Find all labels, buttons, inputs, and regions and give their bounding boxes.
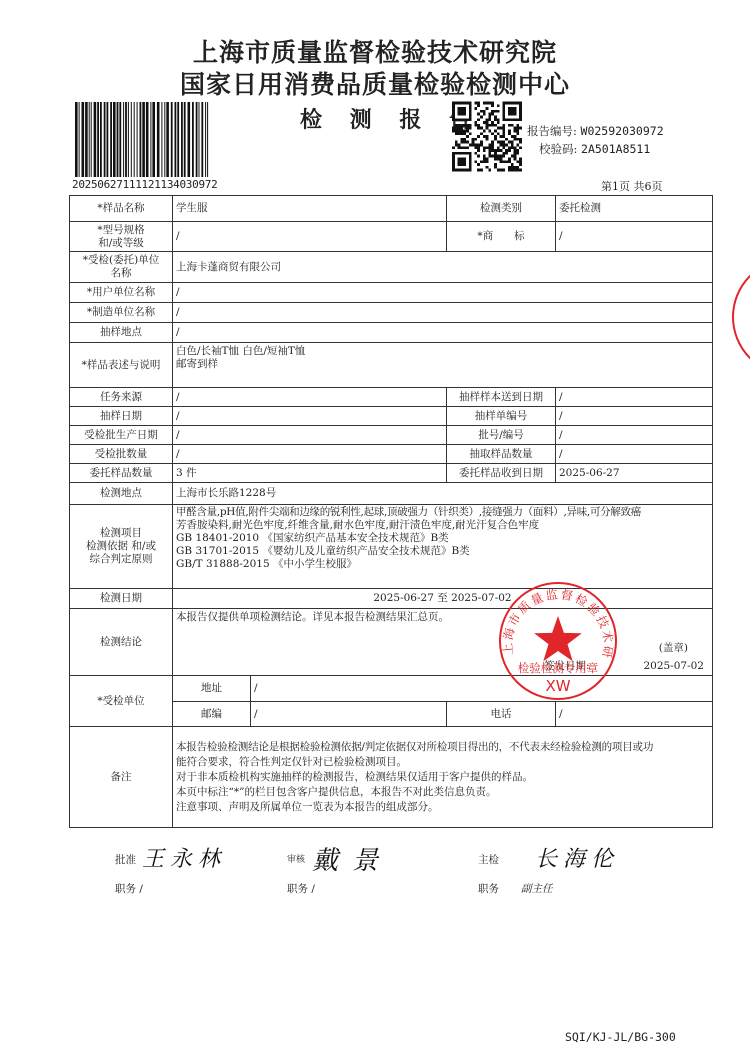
standard-0: GB 18401-2010 《国家纺织产品基本安全技术规范》B类	[176, 532, 709, 545]
standard-2: GB/T 31888-2015 《中小学生校服》	[176, 558, 709, 571]
task-source-label: 任务来源	[70, 388, 173, 407]
sample-name-label: *样品名称	[70, 196, 173, 222]
sampling-form-no-value: /	[556, 407, 713, 426]
barcode-image	[73, 102, 213, 177]
client-unit-label: *受检(委托)单位名称	[70, 252, 173, 283]
test-items-value: 甲醛含量,pH值,附件尖端和边缘的锐利性,起球,顶破强力（针织类）,接缝强力（面…	[173, 505, 713, 589]
phone-value: /	[556, 702, 713, 727]
reviewer-label: 审核	[287, 852, 305, 865]
client-unit-value: 上海卡蓬商贸有限公司	[173, 252, 713, 283]
row-test-location: 检测地点 上海市长乐路1228号	[70, 483, 713, 505]
test-category-label: 检测类别	[447, 196, 556, 222]
inspector-label: 主检	[478, 852, 499, 867]
conclusion-text: 本报告仅提供单项检测结论。详见本报告检测结果汇总页。	[176, 611, 709, 624]
row-test-date: 检测日期 2025-06-27 至 2025-07-02	[70, 589, 713, 609]
reviewer-signature: 戴景	[312, 840, 392, 877]
user-unit-value: /	[173, 283, 713, 303]
test-location-value: 上海市长乐路1228号	[173, 483, 713, 505]
remarks-label: 备注	[70, 727, 173, 828]
batch-quantity-label: 受检批数量	[70, 445, 173, 464]
address-value: /	[251, 676, 713, 702]
production-date-label: 受检批生产日期	[70, 426, 173, 445]
row-client-unit: *受检(委托)单位名称 上海卡蓬商贸有限公司	[70, 252, 713, 283]
standard-1: GB 31701-2015 《婴幼儿及儿童纺织产品安全技术规范》B类	[176, 545, 709, 558]
test-items-label: 检测项目 检测依据 和/或 综合判定原则	[70, 505, 173, 589]
inspected-unit-label: *受检单位	[70, 676, 173, 727]
page-indicator: 第1页 共6页	[601, 178, 663, 194]
sample-quantity-label: 抽取样品数量	[447, 445, 556, 464]
issue-date: 签发日期:2025-07-02	[544, 660, 704, 673]
sample-desc-value: 白色/长袖T恤 白色/短袖T恤邮寄到样	[173, 343, 713, 388]
model-spec-label: *型号规格和/或等级	[70, 222, 173, 252]
report-number: 报告编号: W02592030972	[527, 124, 664, 139]
postcode-label: 邮编	[173, 702, 251, 727]
model-spec-value: /	[173, 222, 447, 252]
sample-delivery-date-label: 抽样样本送到日期	[447, 388, 556, 407]
task-source-value: /	[173, 388, 447, 407]
test-category-value: 委托检测	[556, 196, 713, 222]
conclusion-label: 检测结论	[70, 609, 173, 676]
check-code-label: 校验码:	[539, 142, 577, 156]
page-edge-seal-stamp	[730, 256, 750, 378]
batch-no-value: /	[556, 426, 713, 445]
trademark-label: *商 标	[447, 222, 556, 252]
inspector-title-label: 职务副主任	[478, 881, 553, 896]
entrusted-quantity-value: 3 件	[173, 464, 447, 483]
report-number-value: W02592030972	[581, 124, 664, 138]
manufacturer-label: *制造单位名称	[70, 303, 173, 323]
postcode-value: /	[251, 702, 447, 727]
approver-title-label: 职务 /	[115, 881, 143, 896]
entrusted-quantity-label: 委托样品数量	[70, 464, 173, 483]
row-pair-0: 任务来源 / 抽样样本送到日期 /	[70, 388, 713, 407]
phone-label: 电话	[447, 702, 556, 727]
received-date-value: 2025-06-27	[556, 464, 713, 483]
barcode-number: 20250627111121134030972	[72, 178, 217, 191]
check-code: 校验码: 2A501A8511	[539, 142, 650, 157]
inspector-signature: 长海伦	[535, 842, 619, 873]
row-model-spec: *型号规格和/或等级 / *商 标 /	[70, 222, 713, 252]
batch-no-label: 批号/编号	[447, 426, 556, 445]
row-conclusion: 检测结论 本报告仅提供单项检测结论。详见本报告检测结果汇总页。 (盖章) 签发日…	[70, 609, 713, 676]
manufacturer-value: /	[173, 303, 713, 323]
report-number-label: 报告编号:	[527, 124, 577, 138]
sample-desc-label: *样品表述与说明	[70, 343, 173, 388]
row-pair-3: 受检批数量 / 抽取样品数量 /	[70, 445, 713, 464]
row-pair-2: 受检批生产日期 / 批号/编号 /	[70, 426, 713, 445]
row-manufacturer: *制造单位名称 /	[70, 303, 713, 323]
sample-delivery-date-value: /	[556, 388, 713, 407]
seal-note: (盖章)	[659, 642, 688, 655]
approver-signature: 王永林	[142, 842, 226, 873]
reviewer-title-label: 职务 /	[287, 881, 315, 896]
address-label: 地址	[173, 676, 251, 702]
row-pair-4: 委托样品数量 3 件 委托样品收到日期 2025-06-27	[70, 464, 713, 483]
report-table: *样品名称 学生服 检测类别 委托检测 *型号规格和/或等级 / *商 标 / …	[69, 195, 713, 828]
qr-code-image	[452, 101, 522, 172]
test-location-label: 检测地点	[70, 483, 173, 505]
conclusion-value: 本报告仅提供单项检测结论。详见本报告检测结果汇总页。 (盖章) 签发日期:202…	[173, 609, 713, 676]
center-name: 国家日用消费品质量检验检测中心	[0, 70, 750, 100]
row-test-items: 检测项目 检测依据 和/或 综合判定原则 甲醛含量,pH值,附件尖端和边缘的锐利…	[70, 505, 713, 589]
row-sampling-site: 抽样地点 /	[70, 323, 713, 343]
sample-name-value: 学生服	[173, 196, 447, 222]
check-code-value: 2A501A8511	[581, 142, 650, 156]
row-sample-name: *样品名称 学生服 检测类别 委托检测	[70, 196, 713, 222]
sampling-site-value: /	[173, 323, 713, 343]
row-user-unit: *用户单位名称 /	[70, 283, 713, 303]
sampling-date-value: /	[173, 407, 447, 426]
test-date-value: 2025-06-27 至 2025-07-02	[173, 589, 713, 609]
test-date-label: 检测日期	[70, 589, 173, 609]
row-inspected-address: *受检单位 地址 /	[70, 676, 713, 702]
trademark-value: /	[556, 222, 713, 252]
batch-quantity-value: /	[173, 445, 447, 464]
sampling-form-no-label: 抽样单编号	[447, 407, 556, 426]
institute-name: 上海市质量监督检验技术研究院	[0, 38, 750, 68]
received-date-label: 委托样品收到日期	[447, 464, 556, 483]
row-sample-desc: *样品表述与说明 白色/长袖T恤 白色/短袖T恤邮寄到样	[70, 343, 713, 388]
approver-label: 批准	[115, 852, 136, 867]
row-pair-1: 抽样日期 / 抽样单编号 /	[70, 407, 713, 426]
user-unit-label: *用户单位名称	[70, 283, 173, 303]
row-remarks: 备注 本报告检验检测结论是根据检验检测依据/判定依据仅对所检项目得出的，不代表未…	[70, 727, 713, 828]
production-date-value: /	[173, 426, 447, 445]
sampling-site-label: 抽样地点	[70, 323, 173, 343]
form-code: SQI/KJ-JL/BG-300	[565, 1030, 676, 1044]
sampling-date-label: 抽样日期	[70, 407, 173, 426]
remarks-value: 本报告检验检测结论是根据检验检测依据/判定依据仅对所检项目得出的，不代表未经检验…	[173, 727, 713, 828]
sample-quantity-value: /	[556, 445, 713, 464]
